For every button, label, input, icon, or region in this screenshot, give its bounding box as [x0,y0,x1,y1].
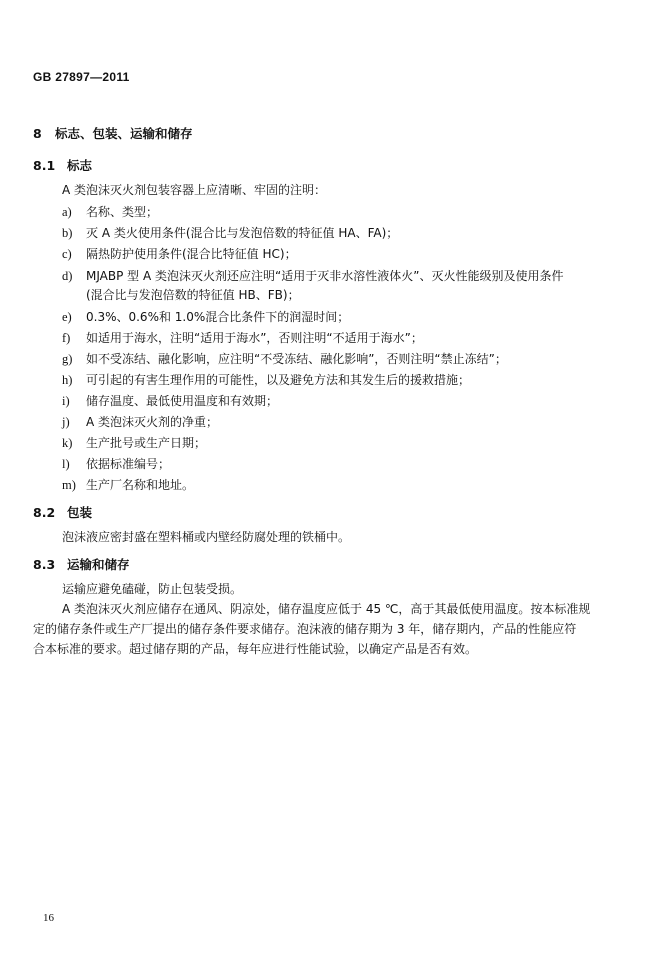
list-label: k) [62,433,86,453]
list-item-d: d)MJABP 型 A 类泡沫灭火剂还应注明“适用于灭非水溶性液体火”、灭火性能… [62,266,563,286]
list-text: 灭 A 类火使用条件(混合比与发泡倍数的特征值 HA、FA)； [86,223,398,243]
list-text: A 类泡沫灭火剂的净重； [86,412,218,432]
list-label: m) [62,475,86,495]
list-item-j: j)A 类泡沫灭火剂的净重； [62,412,218,432]
list-label: d) [62,266,86,286]
list-text: 如适用于海水，注明“适用于海水”，否则注明“不适用于海水”； [86,328,423,348]
section-8-3-para2-line2: 定的储存条件或生产厂提出的储存条件要求储存。泡沫液的储存期为 3 年，储存期内，… [33,619,576,639]
list-item-k: k)生产批号或生产日期； [62,433,206,453]
section-number: 8.3 [33,557,67,572]
list-label: a) [62,202,86,222]
section-number: 8.2 [33,505,67,520]
list-label: b) [62,223,86,243]
list-label: c) [62,244,86,264]
list-item-l: l)依据标准编号； [62,454,170,474]
page-number: 16 [43,912,54,924]
section-8-1-intro: A 类泡沫灭火剂包装容器上应清晰、牢固的注明： [62,180,326,200]
list-item-i: i)储存温度、最低使用温度和有效期； [62,391,278,411]
list-item-d-continuation: (混合比与发泡倍数的特征值 HB、FB)； [86,285,300,305]
list-item-e: e)0.3%、0.6%和 1.0%混合比条件下的润湿时间； [62,307,349,327]
section-title: 标志、包装、运输和储存 [55,126,193,141]
list-text: 隔热防护使用条件(混合比特征值 HC)； [86,244,297,264]
list-text: 依据标准编号； [86,454,170,474]
standard-code: GB 27897—2011 [33,70,130,84]
list-label: f) [62,328,86,348]
section-8-3-para1: 运输应避免磕碰，防止包装受损。 [62,579,242,599]
section-number: 8 [33,126,55,141]
list-item-h: h)可引起的有害生理作用的可能性，以及避免方法和其发生后的援救措施； [62,370,470,390]
section-8-3-para2-line3: 合本标准的要求。超过储存期的产品，每年应进行性能试验，以确定产品是否有效。 [33,639,477,659]
list-text: 0.3%、0.6%和 1.0%混合比条件下的润湿时间； [86,307,349,327]
section-8-2-heading: 8.2包装 [33,503,92,521]
section-8-1-heading: 8.1标志 [33,156,92,174]
list-text: 储存温度、最低使用温度和有效期； [86,391,278,411]
section-title: 运输和储存 [67,557,130,572]
section-8-3-heading: 8.3运输和储存 [33,555,130,573]
section-8-3-para2-line1: A 类泡沫灭火剂应储存在通风、阴凉处，储存温度应低于 45 ℃，高于其最低使用温… [62,599,590,619]
section-number: 8.1 [33,158,67,173]
list-text: 如不受冻结、融化影响，应注明“不受冻结、融化影响”，否则注明“禁止冻结”； [86,349,507,369]
list-item-c: c)隔热防护使用条件(混合比特征值 HC)； [62,244,297,264]
list-text: 名称、类型； [86,202,158,222]
list-text: 生产厂名称和地址。 [86,475,194,495]
list-label: l) [62,454,86,474]
list-text: MJABP 型 A 类泡沫灭火剂还应注明“适用于灭非水溶性液体火”、灭火性能级别… [86,266,563,286]
section-title: 标志 [67,158,92,173]
list-item-g: g)如不受冻结、融化影响，应注明“不受冻结、融化影响”，否则注明“禁止冻结”； [62,349,507,369]
list-label: i) [62,391,86,411]
section-8-heading: 8标志、包装、运输和储存 [33,124,193,142]
list-label: g) [62,349,86,369]
list-item-m: m)生产厂名称和地址。 [62,475,194,495]
list-text: 生产批号或生产日期； [86,433,206,453]
list-label: h) [62,370,86,390]
list-item-b: b)灭 A 类火使用条件(混合比与发泡倍数的特征值 HA、FA)； [62,223,398,243]
list-label: e) [62,307,86,327]
section-8-2-body: 泡沫液应密封盛在塑料桶或内壁经防腐处理的铁桶中。 [62,527,350,547]
list-text: 可引起的有害生理作用的可能性，以及避免方法和其发生后的援救措施； [86,370,470,390]
section-title: 包装 [67,505,92,520]
list-item-f: f)如适用于海水，注明“适用于海水”，否则注明“不适用于海水”； [62,328,423,348]
list-item-a: a)名称、类型； [62,202,158,222]
list-label: j) [62,412,86,432]
